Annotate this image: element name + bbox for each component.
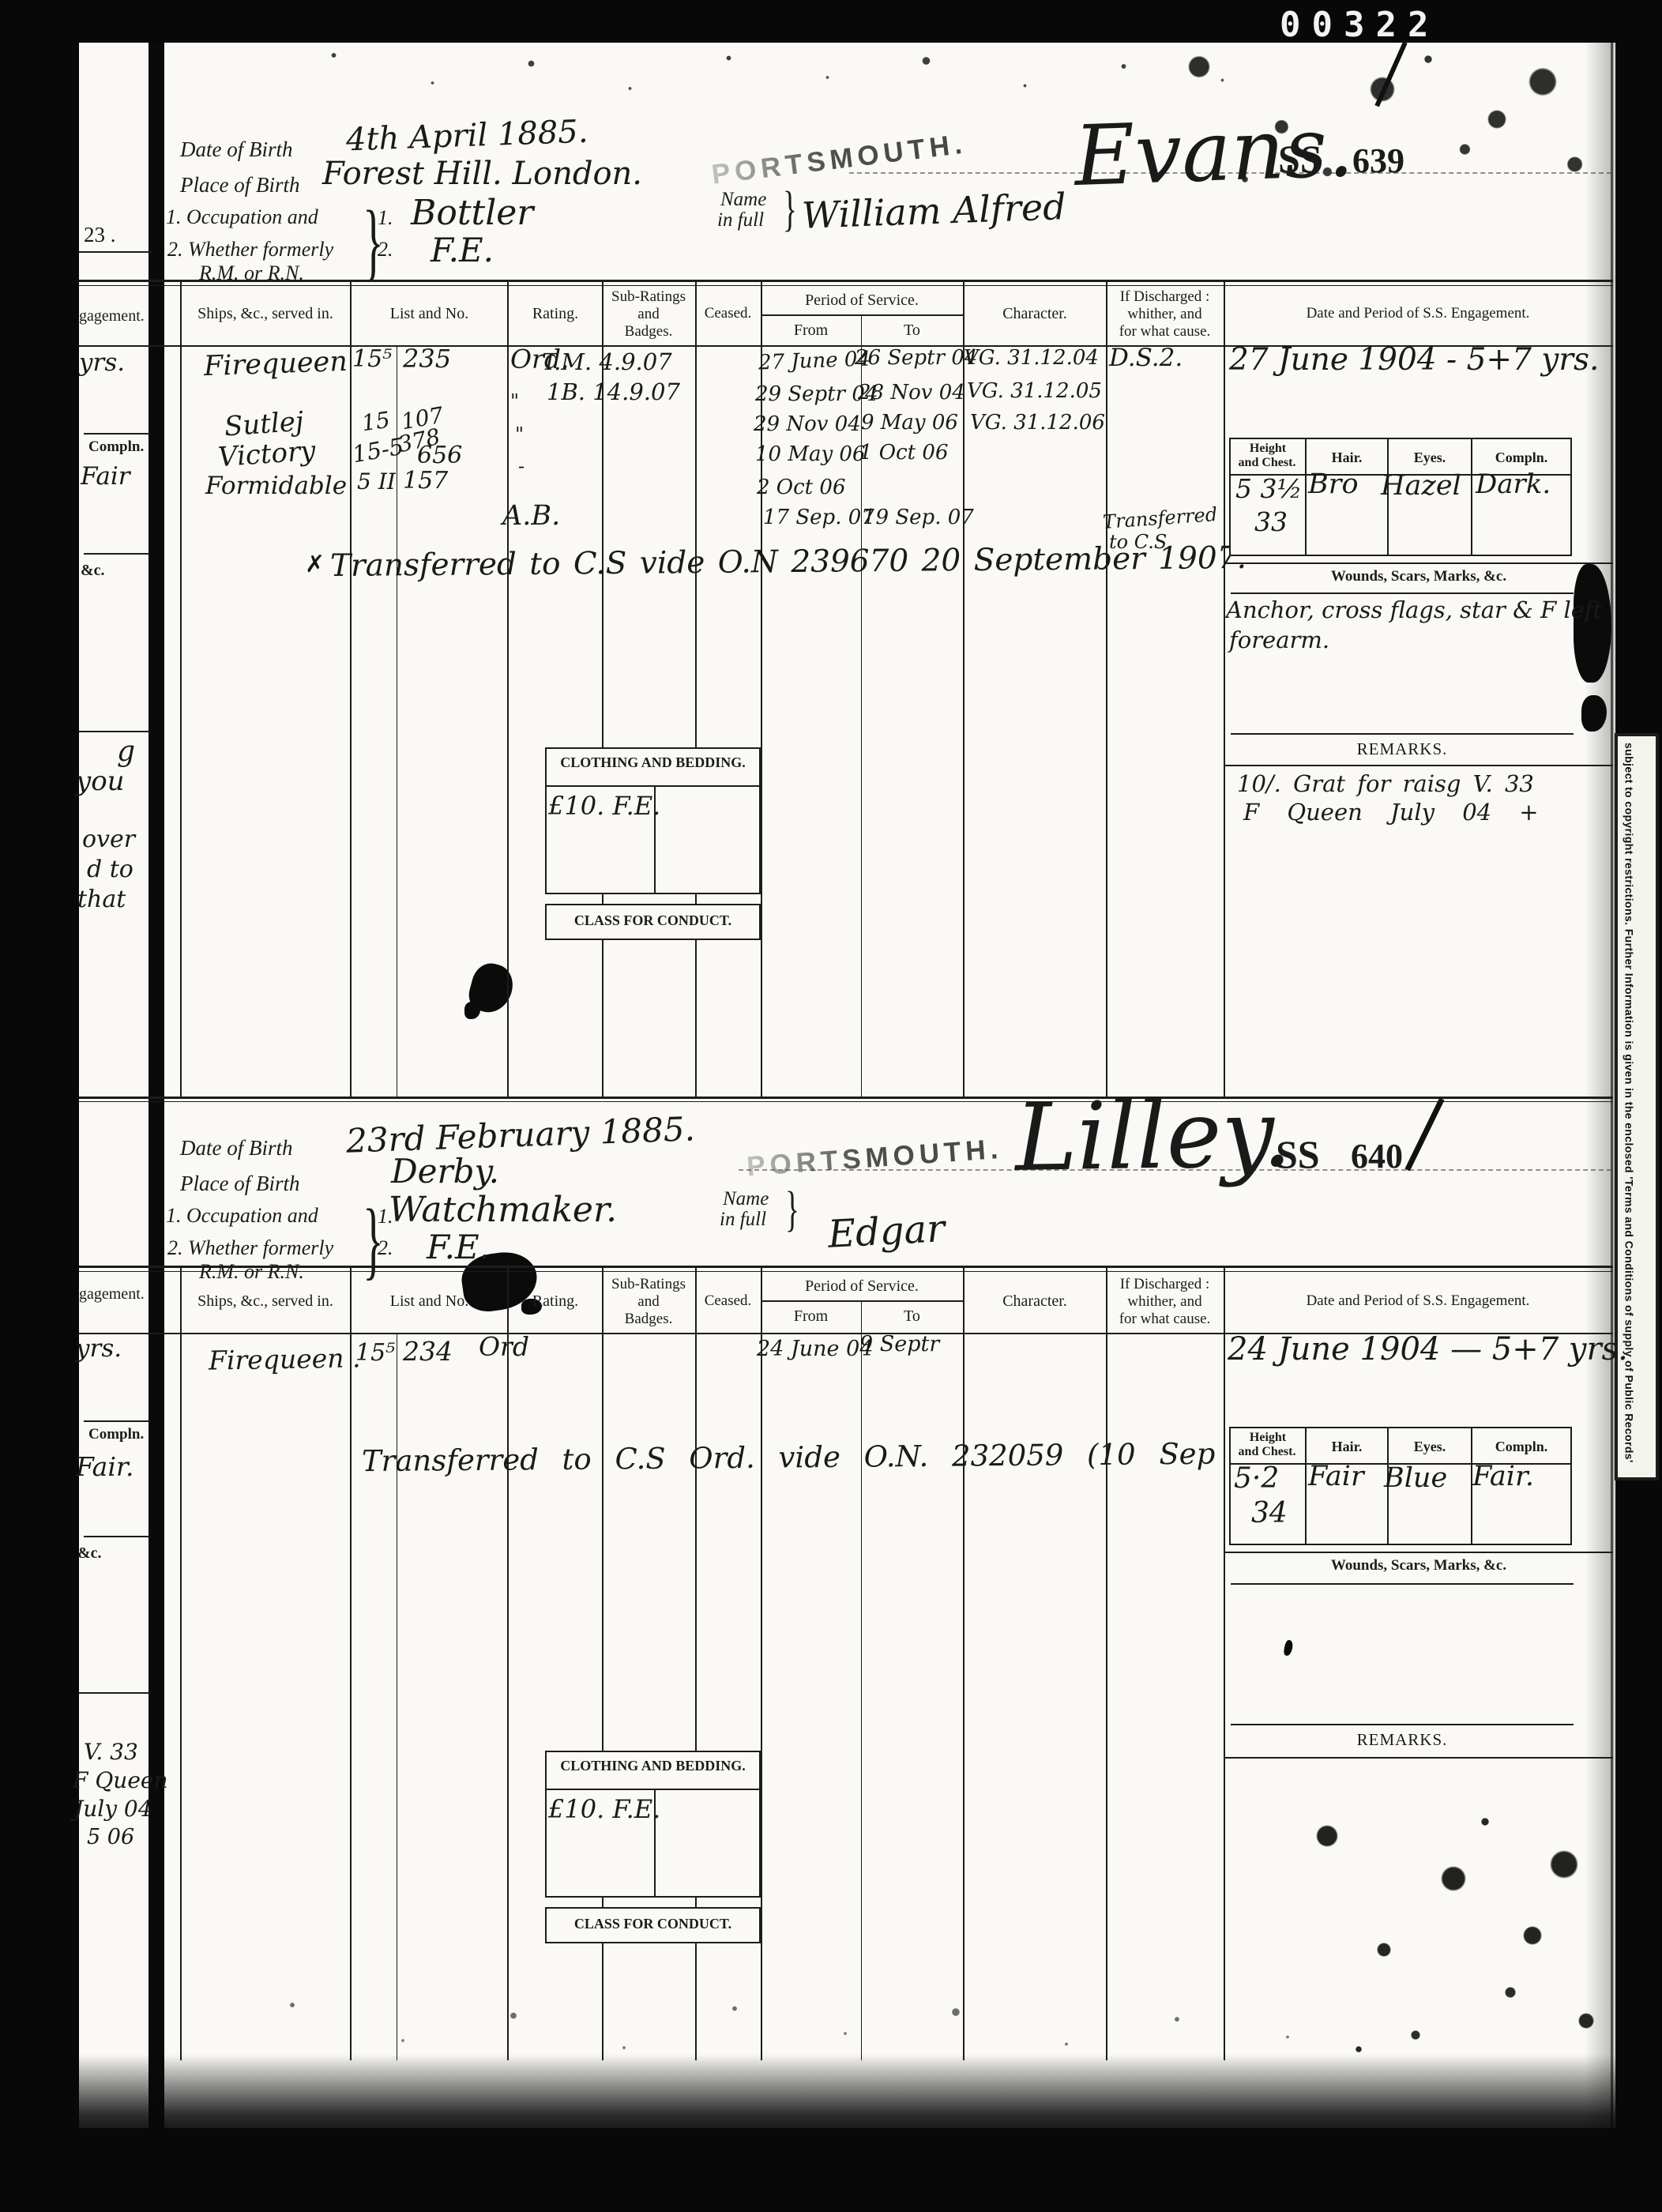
from-date: 17 Sep. 07 bbox=[763, 507, 874, 528]
formerly-label: 2. Whether formerly bbox=[167, 1238, 333, 1258]
name-label-1: Name bbox=[723, 1189, 769, 1209]
ship-name: Victory bbox=[217, 438, 317, 472]
margin-compln-value: Fair bbox=[81, 465, 130, 489]
margin-note: F Queen bbox=[73, 1770, 168, 1792]
from-date: 27 June 04 bbox=[758, 349, 871, 374]
col-header-ceased: Ceased. bbox=[697, 306, 759, 321]
scan-noise-top bbox=[284, 44, 1272, 100]
occupation-label: 1. Occupation and bbox=[166, 207, 318, 228]
to-date: 19 Sep. 07 bbox=[863, 507, 974, 528]
margin-etc-label: &c. bbox=[81, 562, 105, 578]
formerly-label-2: R.M. or R.N. bbox=[199, 1262, 304, 1282]
grid-line bbox=[350, 281, 352, 1097]
margin-yrs: yrs. bbox=[76, 1337, 122, 1361]
col-header-character: Character. bbox=[965, 306, 1104, 322]
complexion-value: Dark. bbox=[1476, 471, 1551, 498]
margin-note: that bbox=[77, 888, 126, 912]
name-label-2: in full bbox=[717, 210, 764, 230]
remarks-text: 10/. Grat for raisg V. 33 bbox=[1237, 773, 1534, 796]
hair-header: Hair. bbox=[1307, 450, 1387, 465]
dob-value: 4th April 1885. bbox=[345, 116, 588, 156]
col-header-rating: Rating. bbox=[510, 306, 600, 322]
character-value: VG. 31.12.05 bbox=[967, 381, 1102, 401]
clothing-value: £10. F.E. bbox=[548, 1796, 660, 1822]
grid-line bbox=[79, 285, 1613, 286]
dob-label: Date of Birth bbox=[180, 1138, 293, 1159]
grid-line bbox=[1224, 1552, 1613, 1553]
rating-value: A.B. bbox=[502, 502, 560, 530]
wounds-text: Anchor, cross flags, star & F left bbox=[1226, 599, 1602, 622]
ss-prefix: SS bbox=[1278, 139, 1322, 179]
name-brace: } bbox=[783, 185, 797, 234]
wounds-header: Wounds, Scars, Marks, &c. bbox=[1226, 1558, 1611, 1573]
col-header-period: Period of Service. bbox=[762, 1278, 961, 1294]
grid-line bbox=[761, 1300, 963, 1302]
pob-label: Place of Birth bbox=[180, 1173, 299, 1194]
grid-line bbox=[397, 1333, 397, 2060]
col-header-ships: Ships, &c., served in. bbox=[183, 1293, 348, 1309]
character-value: VG. 31.12.06 bbox=[970, 412, 1105, 433]
col-header-subratings: Badges. bbox=[604, 1311, 694, 1326]
film-frame-number: 00322 bbox=[1280, 8, 1439, 43]
rating-ditto: " bbox=[515, 425, 524, 444]
hair-value: Bro bbox=[1308, 471, 1359, 498]
from-date: 2 Oct 06 bbox=[757, 477, 845, 498]
to-date: 28 Nov 04 bbox=[858, 382, 965, 403]
margin-note: 5 06 bbox=[87, 1826, 134, 1848]
margin-note: g bbox=[117, 738, 135, 766]
number-value: 656 bbox=[417, 444, 462, 468]
grid-line bbox=[1224, 1757, 1613, 1759]
margin-engagement-label: gagement. bbox=[79, 308, 145, 324]
height-chest-header: Height bbox=[1231, 442, 1305, 455]
col-header-list-no: List and No. bbox=[353, 306, 506, 322]
grid-line bbox=[1224, 1267, 1225, 2060]
col-header-subratings: and bbox=[604, 1294, 694, 1309]
dob-label: Date of Birth bbox=[180, 139, 293, 160]
grid-line bbox=[84, 1420, 150, 1422]
scan-noise-bottom bbox=[237, 1991, 1343, 2062]
forenames: William Alfred bbox=[801, 188, 1066, 234]
to-date: 9 May 06 bbox=[861, 412, 958, 433]
margin-yrs: yrs. bbox=[79, 351, 125, 375]
number-value: 157 bbox=[403, 469, 448, 493]
grid-line bbox=[350, 1267, 352, 2060]
col-header-discharged: If Discharged : bbox=[1107, 289, 1222, 304]
eyes-header: Eyes. bbox=[1389, 1439, 1471, 1454]
rating-ditto: - bbox=[518, 457, 525, 476]
grid-line bbox=[79, 280, 1613, 282]
wounds-text: forearm. bbox=[1229, 629, 1329, 652]
col-header-engagement: Date and Period of S.S. Engagement. bbox=[1226, 1293, 1610, 1308]
grid-line bbox=[1106, 1267, 1107, 2060]
pob-value: Derby. bbox=[391, 1155, 499, 1188]
grid-line bbox=[1224, 562, 1613, 564]
margin-note: over bbox=[82, 828, 135, 852]
number-value: 235 bbox=[403, 346, 451, 371]
grid-line bbox=[1231, 733, 1574, 735]
form-brace: } bbox=[363, 197, 383, 284]
ship-name: Firequeen bbox=[203, 348, 348, 381]
grid-line bbox=[79, 1097, 1613, 1099]
grid-line bbox=[1231, 1724, 1574, 1725]
clothing-value: £10. F.E. bbox=[548, 793, 660, 818]
ship-name: Formidable bbox=[205, 474, 347, 498]
grid-line bbox=[861, 1302, 862, 2060]
col-header-from: From bbox=[762, 1308, 859, 1324]
height-chest-header: and Chest. bbox=[1226, 457, 1308, 469]
col-header-subratings: Sub-Ratings bbox=[604, 1277, 694, 1292]
eyes-value: Blue bbox=[1384, 1465, 1447, 1492]
rating-value: Ord bbox=[479, 1334, 529, 1360]
grid-line bbox=[1231, 1583, 1574, 1585]
col-header-rating: Rating. bbox=[510, 1293, 600, 1309]
ss-number: 639 bbox=[1352, 144, 1404, 179]
grid-line bbox=[507, 1267, 509, 2060]
margin-compln-label: Compln. bbox=[88, 439, 144, 454]
occupation-value: Watchmaker. bbox=[389, 1193, 617, 1228]
transfer-mark: ✗ bbox=[305, 553, 325, 577]
remarks-header: REMARKS. bbox=[1231, 741, 1574, 758]
formerly-value: F.E. bbox=[427, 1231, 490, 1264]
margin-note: V. 33 bbox=[84, 1741, 138, 1763]
rating-ditto: " bbox=[510, 392, 519, 411]
scan-noise-bottom-right bbox=[1295, 1793, 1611, 2078]
col-header-subratings: and bbox=[604, 307, 694, 322]
col-header-to: To bbox=[863, 1308, 961, 1324]
grid-line bbox=[79, 1692, 150, 1694]
from-date: 10 May 06 bbox=[755, 444, 866, 465]
conduct-header: CLASS FOR CONDUCT. bbox=[547, 1917, 759, 1931]
eyes-header: Eyes. bbox=[1389, 450, 1471, 465]
engagement-value: 27 June 1904 - 5+7 yrs. bbox=[1229, 344, 1599, 375]
ship-name: Sutlej bbox=[224, 408, 305, 441]
from-date: 29 Nov 04 bbox=[754, 414, 861, 434]
grid-line bbox=[1231, 592, 1574, 594]
pob-value: Forest Hill. London. bbox=[322, 158, 642, 190]
hair-value: Fair bbox=[1308, 1463, 1364, 1491]
occupation-label: 1. Occupation and bbox=[166, 1206, 318, 1226]
ship-name: Firequeen . bbox=[209, 1345, 361, 1373]
height-value: 5 3½ bbox=[1235, 476, 1302, 502]
list-value: 15 bbox=[360, 409, 391, 435]
grid-line bbox=[84, 433, 150, 434]
margin-compln-value: Fair. bbox=[76, 1454, 134, 1480]
subrating-value: 1B. 14.9.07 bbox=[547, 381, 680, 404]
col-header-character: Character. bbox=[965, 1293, 1104, 1309]
col-header-period: Period of Service. bbox=[762, 292, 961, 308]
transfer-note: Transferred to C.S Ord. vide O.N. 232059… bbox=[362, 1439, 1288, 1476]
to-date: 1 Oct 06 bbox=[859, 442, 948, 463]
col-header-subratings: Badges. bbox=[604, 324, 694, 339]
conduct-header: CLASS FOR CONDUCT. bbox=[547, 913, 759, 927]
name-brace: } bbox=[785, 1185, 799, 1234]
hair-header: Hair. bbox=[1307, 1439, 1387, 1454]
margin-note: July 04 bbox=[74, 1798, 152, 1820]
col-header-subratings: Sub-Ratings bbox=[604, 289, 694, 304]
copyright-strip: subject to copyright restrictions. Furth… bbox=[1615, 733, 1659, 1480]
margin-etc-label: &c. bbox=[77, 1545, 102, 1561]
col-header-from: From bbox=[762, 322, 859, 338]
grid-line bbox=[1106, 281, 1107, 1097]
grid-line bbox=[79, 251, 152, 253]
surname-signature: Lilley. bbox=[1014, 1086, 1292, 1184]
transfer-note: Transferred to C.S vide O.N 239670 20 Se… bbox=[330, 543, 1246, 581]
margin-engagement-label: gagement. bbox=[79, 1286, 145, 1302]
scan-bottom-fade bbox=[75, 2054, 1623, 2141]
col-header-discharged: for what cause. bbox=[1107, 1311, 1222, 1326]
engagement-value: 24 June 1904 — 5+7 yrs. bbox=[1228, 1334, 1628, 1365]
grid-line bbox=[180, 1267, 182, 2060]
grid-line bbox=[79, 1266, 1613, 1268]
list-value: 15⁵ bbox=[352, 348, 392, 371]
col-header-discharged: whither, and bbox=[1107, 1294, 1222, 1309]
eyes-value: Hazel bbox=[1381, 472, 1461, 500]
height-chest-header: Height bbox=[1231, 1431, 1305, 1444]
ss-prefix: SS bbox=[1276, 1134, 1320, 1174]
margin-note: d to bbox=[87, 858, 133, 882]
col-header-discharged: If Discharged : bbox=[1107, 1277, 1222, 1292]
discharged-value: D.S.2. bbox=[1109, 346, 1183, 371]
grid-line bbox=[695, 281, 697, 1097]
list-value: 15⁵ bbox=[355, 1341, 395, 1365]
margin-page-number: 23 . bbox=[84, 224, 116, 246]
formerly-value: F.E. bbox=[431, 234, 494, 267]
subrating-value: T.M. 4.9.07 bbox=[542, 351, 672, 374]
grid-line bbox=[84, 1536, 150, 1537]
grid-line bbox=[547, 785, 759, 787]
to-date: 9 Septr bbox=[859, 1334, 939, 1355]
col-header-discharged: whither, and bbox=[1107, 307, 1222, 322]
clothing-header: CLOTHING AND BEDDING. bbox=[547, 1759, 759, 1773]
grid-line bbox=[1224, 281, 1225, 1097]
col-header-ships: Ships, &c., served in. bbox=[183, 306, 348, 322]
ss-number: 640 bbox=[1351, 1139, 1403, 1174]
wounds-header: Wounds, Scars, Marks, &c. bbox=[1226, 569, 1611, 584]
grid-line bbox=[79, 731, 150, 732]
compln-header: Compln. bbox=[1472, 450, 1570, 465]
col-header-to: To bbox=[863, 322, 961, 338]
complexion-value: Fair. bbox=[1472, 1463, 1534, 1491]
pob-label: Place of Birth bbox=[180, 175, 299, 196]
margin-compln-label: Compln. bbox=[88, 1427, 144, 1442]
character-value: VG. 31.12.04 bbox=[964, 348, 1099, 368]
col-header-discharged: for what cause. bbox=[1107, 324, 1222, 339]
list-value: 5 II bbox=[357, 471, 396, 493]
col-header-list-no: List and No. bbox=[353, 1293, 506, 1309]
number-value: 234 bbox=[403, 1338, 453, 1364]
formerly-label: 2. Whether formerly bbox=[167, 239, 333, 260]
chest-value: 33 bbox=[1254, 509, 1288, 535]
grid-line bbox=[84, 553, 150, 555]
grid-line bbox=[963, 1267, 964, 2060]
grid-line bbox=[507, 281, 509, 1097]
grid-line bbox=[761, 314, 963, 316]
form-brace: } bbox=[363, 1196, 383, 1283]
chest-value: 34 bbox=[1251, 1499, 1288, 1528]
remarks-text: F Queen July 04 + bbox=[1243, 801, 1539, 824]
height-chest-header: and Chest. bbox=[1226, 1446, 1308, 1458]
grid-line bbox=[761, 1267, 762, 2060]
grid-line bbox=[1224, 765, 1613, 766]
grid-line bbox=[547, 1789, 759, 1790]
margin-note: you bbox=[76, 768, 125, 795]
grid-line bbox=[180, 281, 182, 1097]
grid-line bbox=[79, 1101, 1613, 1102]
col-header-engagement: Date and Period of S.S. Engagement. bbox=[1226, 306, 1610, 321]
name-label-1: Name bbox=[720, 190, 766, 209]
clothing-header: CLOTHING AND BEDDING. bbox=[547, 755, 759, 769]
compln-header: Compln. bbox=[1472, 1439, 1570, 1454]
occupation-value: Bottler bbox=[411, 196, 533, 231]
col-header-ceased: Ceased. bbox=[697, 1293, 759, 1308]
grid-line bbox=[79, 1271, 1613, 1272]
remarks-header: REMARKS. bbox=[1231, 1732, 1574, 1748]
height-value: 5·2 bbox=[1234, 1465, 1279, 1493]
name-label-2: in full bbox=[720, 1209, 766, 1229]
to-date: 26 Septr 04 bbox=[855, 348, 977, 368]
forenames: Edgar bbox=[827, 1209, 946, 1254]
from-date: 24 June 04 bbox=[757, 1338, 873, 1360]
